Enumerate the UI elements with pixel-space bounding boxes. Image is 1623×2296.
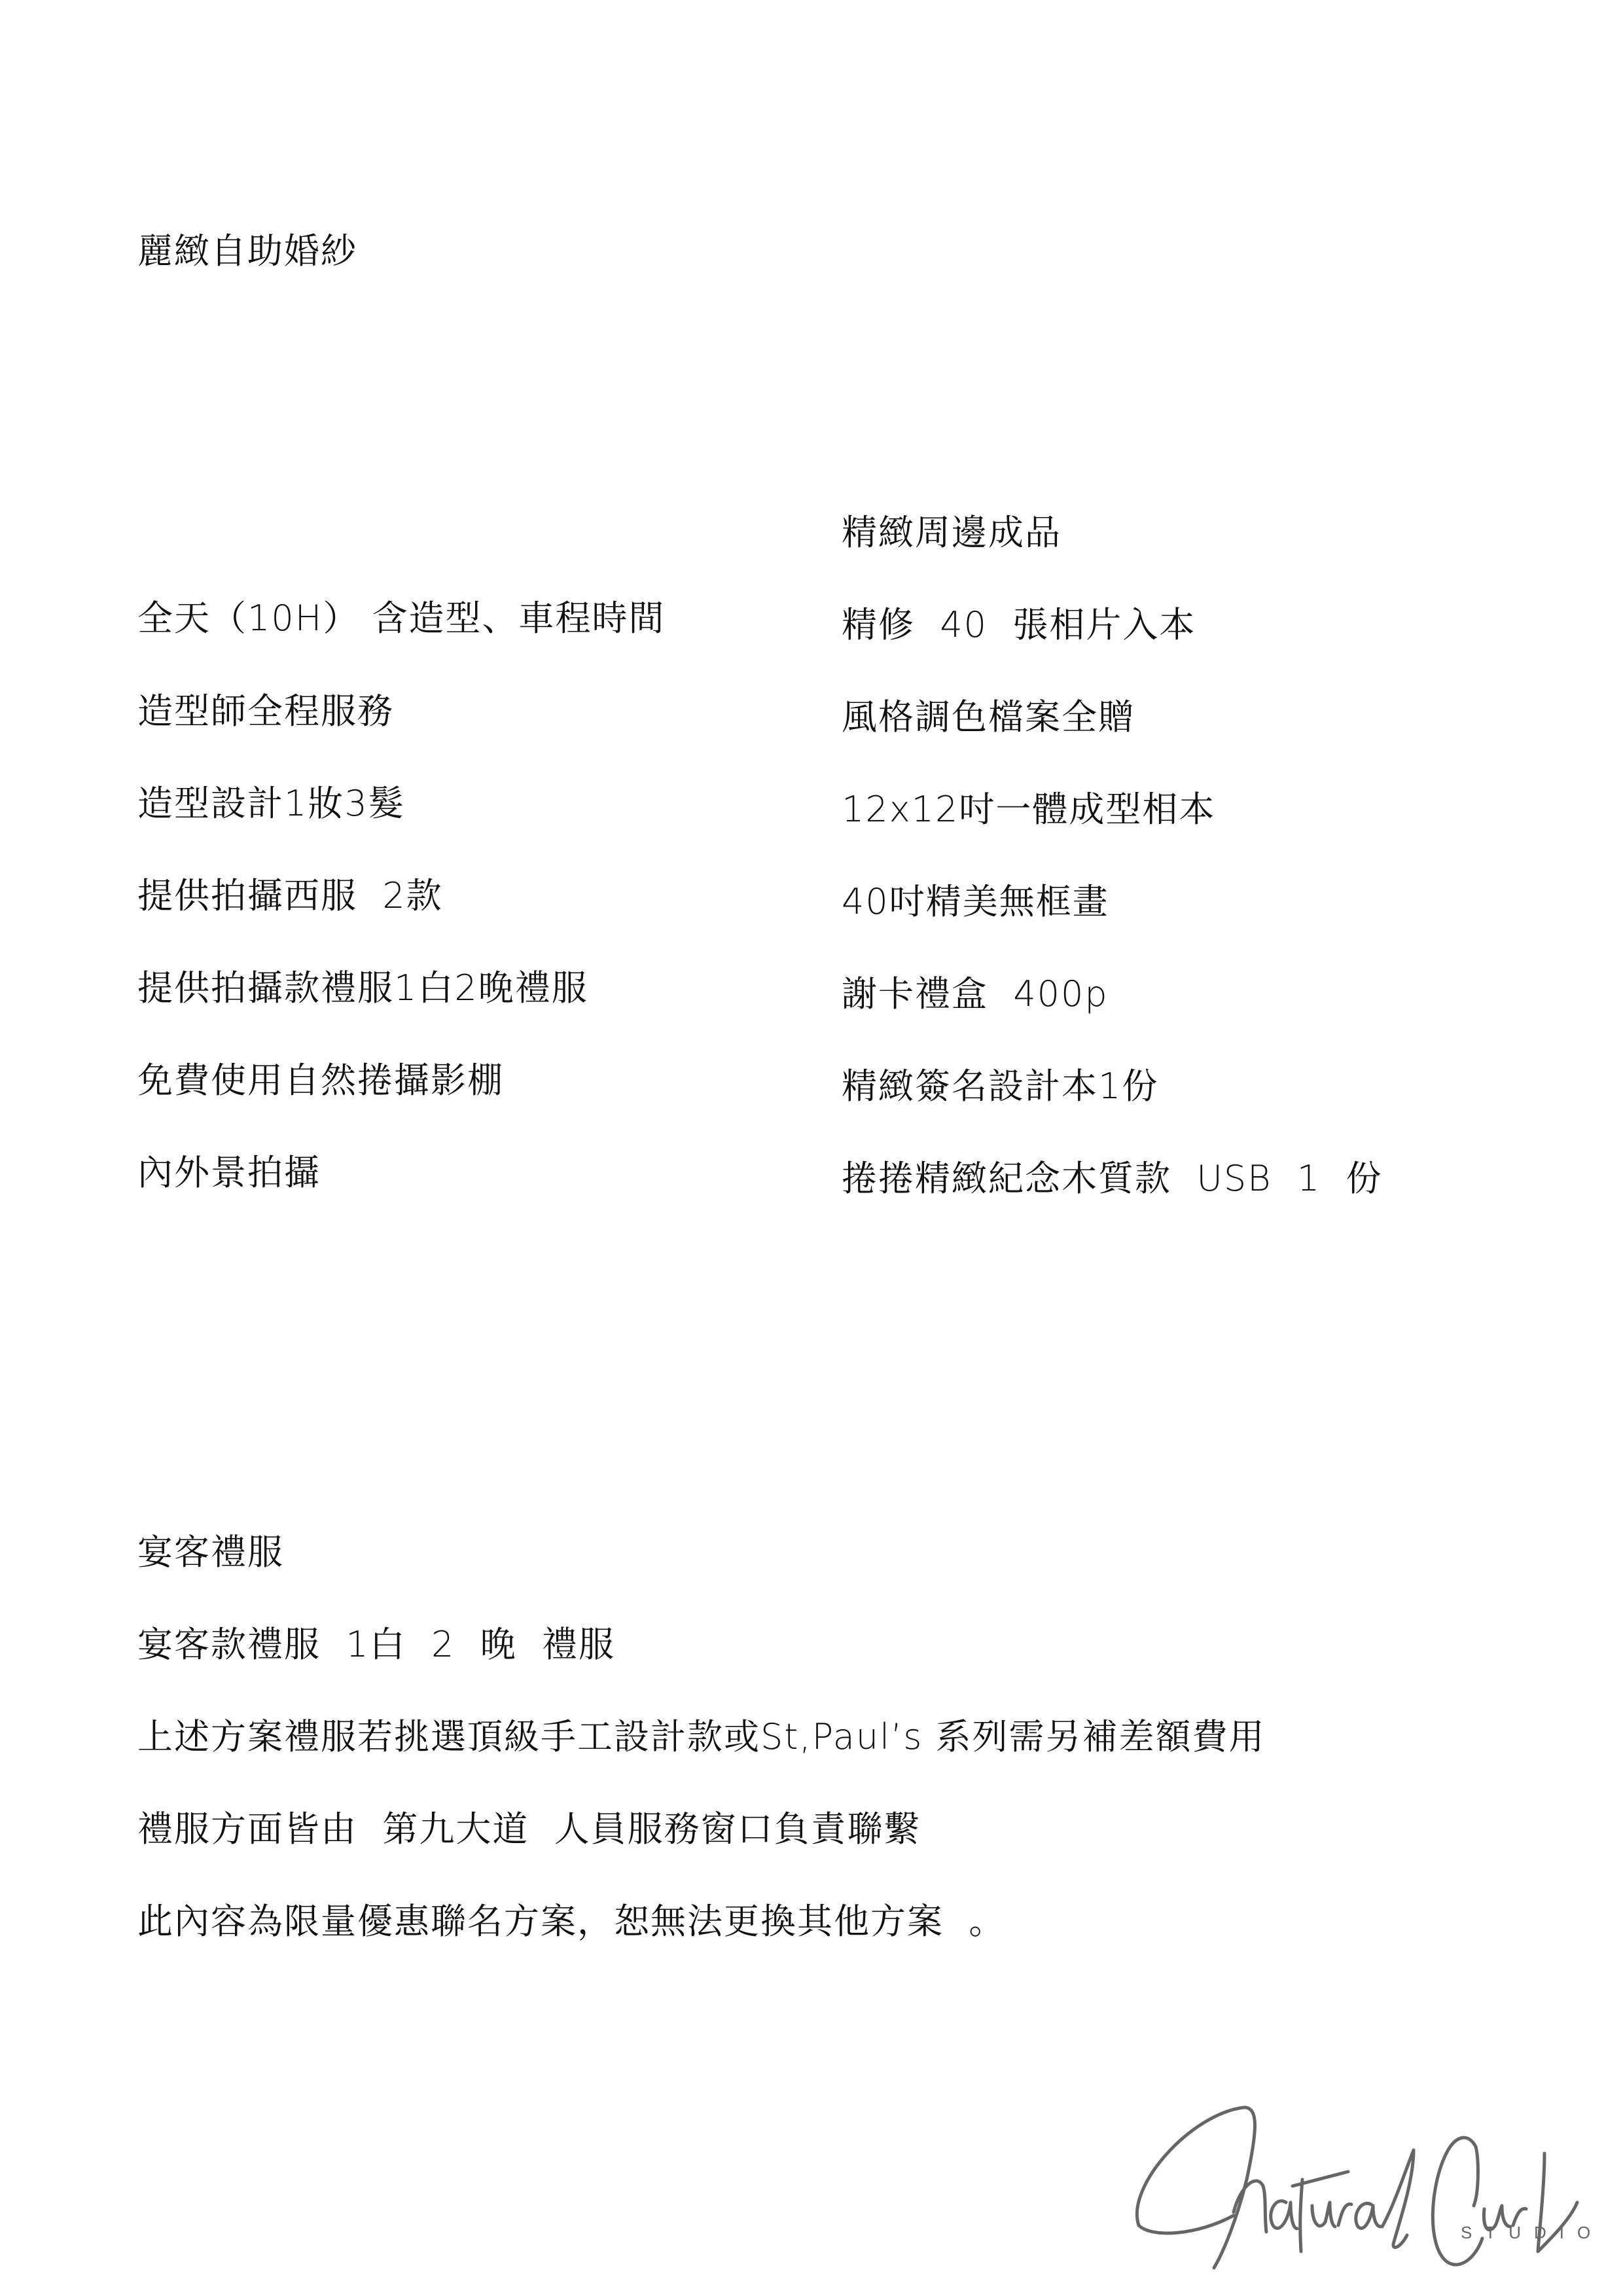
package-item: 全天（10H） 含造型、車程時間 xyxy=(137,598,665,639)
product-item: 精緻簽名設計本1份 xyxy=(842,1066,1158,1107)
product-item: 精修 40 張相片入本 xyxy=(842,604,1196,646)
package-item: 內外景拍攝 xyxy=(137,1152,321,1194)
product-item: 風格調色檔案全贈 xyxy=(842,696,1135,738)
guest-dress-line: 禮服方面皆由 第九大道 人員服務窗口負責聯繫 xyxy=(137,1808,921,1850)
natural-curl-studio-logo: STUDIO xyxy=(1126,2088,1584,2271)
package-item: 造型師全程服務 xyxy=(137,691,394,732)
product-item: 謝卡禮盒 400p xyxy=(842,973,1109,1015)
product-item: 12x12吋一體成型相本 xyxy=(842,789,1215,831)
guest-dress-line: 上述方案禮服若挑選頂級手工設計款或St,Paul’s 系列需另補差額費用 xyxy=(137,1716,1266,1758)
product-item: 捲捲精緻紀念木質款 USB 1 份 xyxy=(842,1158,1383,1200)
package-item: 造型設計1妝3髮 xyxy=(137,783,405,825)
natural-curl-script-logo-icon xyxy=(1126,2088,1584,2271)
package-item: 提供拍攝款禮服1白2晚禮服 xyxy=(137,967,588,1009)
guest-dress-line: 宴客款禮服 1白 2 晚 禮服 xyxy=(137,1624,615,1666)
page-title: 麗緻自助婚紗 xyxy=(137,230,357,272)
guest-dress-line: 此內容為限量優惠聯名方案，恕無法更換其他方案 。 xyxy=(137,1901,1005,1943)
product-item: 40吋精美無框畫 xyxy=(842,881,1109,923)
package-item: 提供拍攝西服 2款 xyxy=(137,875,443,917)
logo-studio-label: STUDIO xyxy=(1461,2223,1603,2243)
guest-dress-heading: 宴客禮服 xyxy=(137,1532,284,1573)
package-item: 免費使用自然捲攝影棚 xyxy=(137,1060,504,1102)
products-heading: 精緻周邊成品 xyxy=(842,512,1061,554)
